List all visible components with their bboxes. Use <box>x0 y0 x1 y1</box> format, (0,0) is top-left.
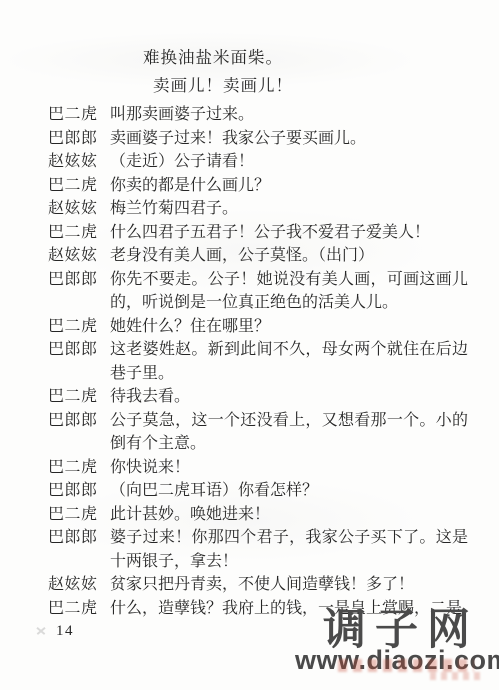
dialogue-row: 巴二虎 什么四君子五君子！公子我不爱君子爱美人！ <box>48 221 472 245</box>
speech-text: （向巴二虎耳语）你看怎样？ <box>110 479 468 503</box>
dialogue-row: 巴郎郎 （向巴二虎耳语）你看怎样？ <box>48 479 472 503</box>
verse-line: 卖画儿！卖画儿！ <box>48 72 472 100</box>
speech-text: 梅兰竹菊四君子。 <box>110 197 468 221</box>
speaker-name: 巴二虎 <box>48 503 110 527</box>
dialogue-block: 巴二虎 叫那卖画婆子过来。 巴郎郎 卖画婆子过来！我家公子要买画儿。 赵妶妶 （… <box>48 103 472 620</box>
page-content: 难换油盐米面柴。 卖画儿！卖画儿！ 巴二虎 叫那卖画婆子过来。 巴郎郎 卖画婆子… <box>48 44 472 640</box>
speaker-name: 巴郎郎 <box>48 127 110 151</box>
speaker-name: 巴二虎 <box>48 597 110 621</box>
dialogue-row: 巴郎郎 这老婆姓赵。新到此间不久，母女两个就住在后边巷子里。 <box>48 338 472 385</box>
scan-artifact-cross <box>36 626 46 636</box>
dialogue-row: 赵妶妶 贫家只把丹青卖，不使人间造孽钱！多了！ <box>48 573 472 597</box>
speaker-name: 巴郎郎 <box>48 526 110 550</box>
speech-text: （走近）公子请看！ <box>110 150 468 174</box>
speaker-name: 巴二虎 <box>48 315 110 339</box>
dialogue-row: 巴郎郎 婆子过来！你那四个君子，我家公子买下了。这是十两银子，拿去！ <box>48 526 472 573</box>
speaker-name: 巴郎郎 <box>48 268 110 292</box>
speech-text: 叫那卖画婆子过来。 <box>110 103 468 127</box>
dialogue-row: 巴二虎 你卖的都是什么画儿？ <box>48 174 472 198</box>
dialogue-row: 赵妶妶 梅兰竹菊四君子。 <box>48 197 472 221</box>
speaker-name: 赵妶妶 <box>48 150 110 174</box>
speaker-name: 巴二虎 <box>48 221 110 245</box>
speech-text: 此计甚妙。唤她进来！ <box>110 503 468 527</box>
speech-text: 待我去看。 <box>110 385 468 409</box>
speech-text: 公子莫急，这一个还没看上，又想看那一个。小的倒有个主意。 <box>110 409 468 456</box>
speaker-name: 巴郎郎 <box>48 409 110 433</box>
speech-text: 你快说来！ <box>110 456 468 480</box>
speaker-name: 赵妶妶 <box>48 573 110 597</box>
speech-text: 什么四君子五君子！公子我不爱君子爱美人！ <box>110 221 468 245</box>
speaker-name: 赵妶妶 <box>48 244 110 268</box>
speaker-name: 巴郎郎 <box>48 338 110 362</box>
speech-text: 你先不要走。公子！她说没有美人画，可画这画儿的，听说倒是一位真正绝色的活美人儿。 <box>110 268 468 315</box>
speech-text: 老身没有美人画，公子莫怪。（出门） <box>110 244 468 268</box>
dialogue-row: 巴二虎 你快说来！ <box>48 456 472 480</box>
speech-text: 贫家只把丹青卖，不使人间造孽钱！多了！ <box>110 573 468 597</box>
speech-text: 卖画婆子过来！我家公子要买画儿。 <box>110 127 468 151</box>
speaker-name: 巴郎郎 <box>48 479 110 503</box>
speaker-name: 巴二虎 <box>48 385 110 409</box>
speech-text: 这老婆姓赵。新到此间不久，母女两个就住在后边巷子里。 <box>110 338 468 385</box>
dialogue-row: 赵妶妶 老身没有美人画，公子莫怪。（出门） <box>48 244 472 268</box>
speech-text: 她姓什么？住在哪里？ <box>110 315 468 339</box>
watermark-red-remnant <box>338 659 474 672</box>
speaker-name: 巴二虎 <box>48 174 110 198</box>
speaker-name: 赵妶妶 <box>48 197 110 221</box>
dialogue-row: 巴郎郎 公子莫急，这一个还没看上，又想看那一个。小的倒有个主意。 <box>48 409 472 456</box>
dialogue-row: 巴二虎 待我去看。 <box>48 385 472 409</box>
dialogue-row: 巴二虎 她姓什么？住在哪里？ <box>48 315 472 339</box>
scanned-script-page: 难换油盐米面柴。 卖画儿！卖画儿！ 巴二虎 叫那卖画婆子过来。 巴郎郎 卖画婆子… <box>0 0 499 690</box>
speech-text: 你卖的都是什么画儿？ <box>110 174 468 198</box>
speech-text: 婆子过来！你那四个君子，我家公子买下了。这是十两银子，拿去！ <box>110 526 468 573</box>
dialogue-row: 巴郎郎 卖画婆子过来！我家公子要买画儿。 <box>48 127 472 151</box>
speaker-name: 巴二虎 <box>48 456 110 480</box>
watermark-red-remnant-small <box>430 672 485 680</box>
speaker-name: 巴二虎 <box>48 103 110 127</box>
dialogue-row: 巴郎郎 你先不要走。公子！她说没有美人画，可画这画儿的，听说倒是一位真正绝色的活… <box>48 268 472 315</box>
verse-line: 难换油盐米面柴。 <box>48 44 472 72</box>
dialogue-row: 巴二虎 叫那卖画婆子过来。 <box>48 103 472 127</box>
dialogue-row: 巴二虎 此计甚妙。唤她进来！ <box>48 503 472 527</box>
dialogue-row: 赵妶妶 （走近）公子请看！ <box>48 150 472 174</box>
